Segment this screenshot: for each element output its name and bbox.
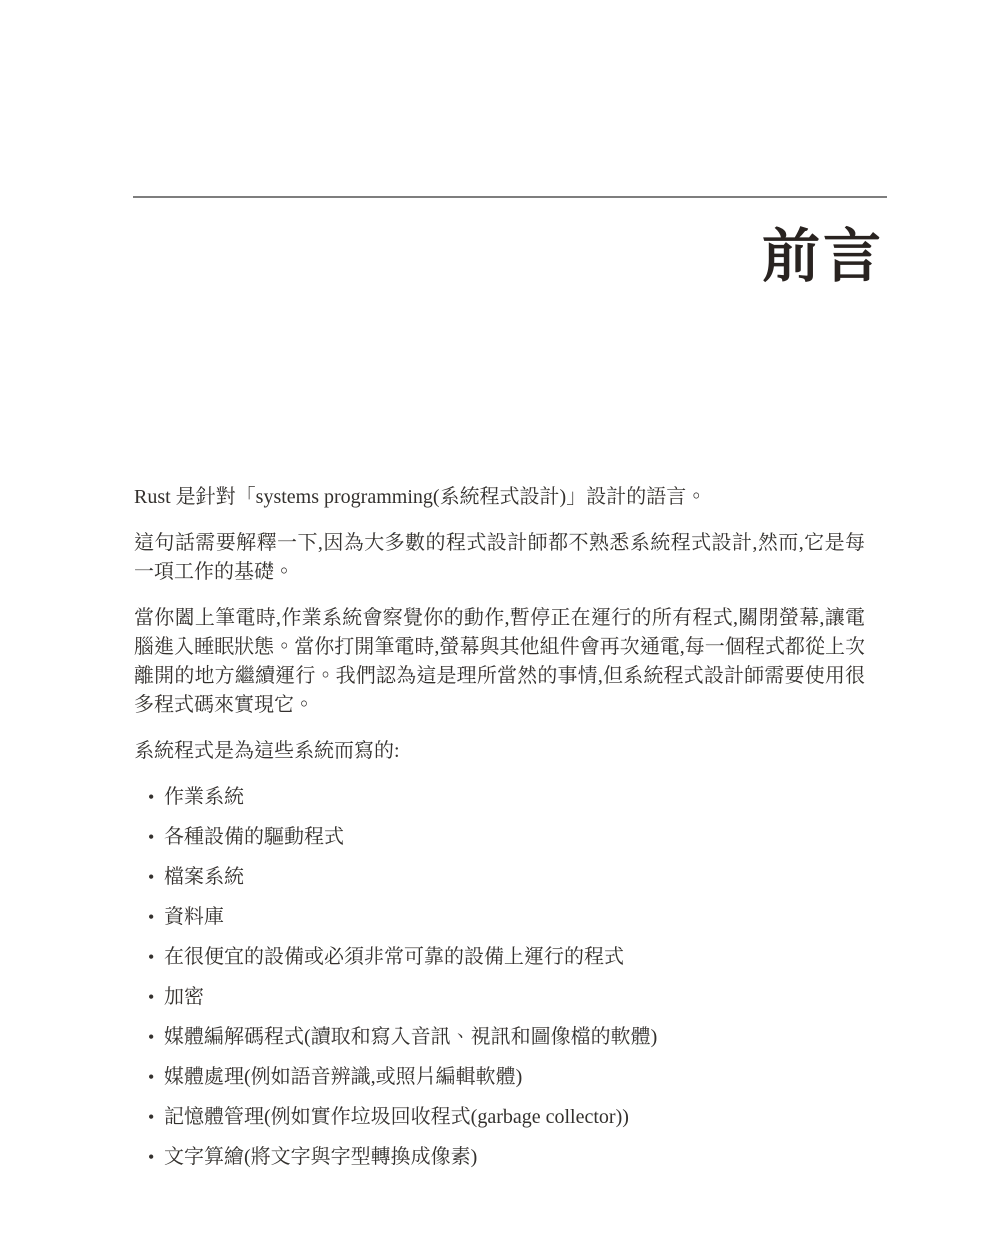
systems-list: • 作業系統 • 各種設備的驅動程式 • 檔案系統 • 資料庫 • 在很便宜的設…: [134, 783, 865, 1172]
chapter-body: Rust 是針對「systems programming(系統程式設計)」設計的…: [134, 483, 865, 1183]
list-item: • 各種設備的驅動程式: [134, 823, 865, 852]
list-item-text: 檔案系統: [164, 863, 865, 892]
list-item: • 在很便宜的設備或必須非常可靠的設備上運行的程式: [134, 943, 865, 972]
list-item-text: 媒體處理(例如語音辨識,或照片編輯軟體): [164, 1063, 865, 1092]
paragraph-list-lead-in: 系統程式是為這些系統而寫的:: [134, 737, 865, 766]
list-item: • 資料庫: [134, 903, 865, 932]
list-item-text: 記憶體管理(例如實作垃圾回收程式(garbage collector)): [164, 1103, 865, 1132]
list-item-text: 加密: [164, 983, 865, 1012]
list-item-text: 作業系統: [164, 783, 865, 812]
bullet-icon: •: [148, 863, 164, 892]
list-item: • 媒體處理(例如語音辨識,或照片編輯軟體): [134, 1063, 865, 1092]
chapter-header-rule: [133, 196, 887, 198]
list-item-text: 文字算繪(將文字與字型轉換成像素): [164, 1143, 865, 1172]
list-item: • 文字算繪(將文字與字型轉換成像素): [134, 1143, 865, 1172]
bullet-icon: •: [148, 943, 164, 972]
paragraph-explanation: 這句話需要解釋一下,因為大多數的程式設計師都不熟悉系統程式設計,然而,它是每一項…: [134, 529, 865, 587]
bullet-icon: •: [148, 1023, 164, 1052]
paragraph-intro: Rust 是針對「systems programming(系統程式設計)」設計的…: [134, 483, 865, 512]
book-page: 前言 Rust 是針對「systems programming(系統程式設計)」…: [0, 0, 1000, 1243]
bullet-icon: •: [148, 823, 164, 852]
list-item: • 檔案系統: [134, 863, 865, 892]
list-item-text: 媒體編解碼程式(讀取和寫入音訊、視訊和圖像檔的軟體): [164, 1023, 865, 1052]
bullet-icon: •: [148, 903, 164, 932]
list-item: • 加密: [134, 983, 865, 1012]
bullet-icon: •: [148, 1103, 164, 1132]
bullet-icon: •: [148, 783, 164, 812]
list-item-text: 資料庫: [164, 903, 865, 932]
chapter-title: 前言: [762, 224, 884, 290]
list-item: • 作業系統: [134, 783, 865, 812]
paragraph-laptop-example: 當你闔上筆電時,作業系統會察覺你的動作,暫停正在運行的所有程式,關閉螢幕,讓電腦…: [134, 604, 865, 720]
list-item-text: 在很便宜的設備或必須非常可靠的設備上運行的程式: [164, 943, 865, 972]
bullet-icon: •: [148, 1063, 164, 1092]
bullet-icon: •: [148, 1143, 164, 1172]
list-item: • 記憶體管理(例如實作垃圾回收程式(garbage collector)): [134, 1103, 865, 1132]
list-item-text: 各種設備的驅動程式: [164, 823, 865, 852]
list-item: • 媒體編解碼程式(讀取和寫入音訊、視訊和圖像檔的軟體): [134, 1023, 865, 1052]
bullet-icon: •: [148, 983, 164, 1012]
